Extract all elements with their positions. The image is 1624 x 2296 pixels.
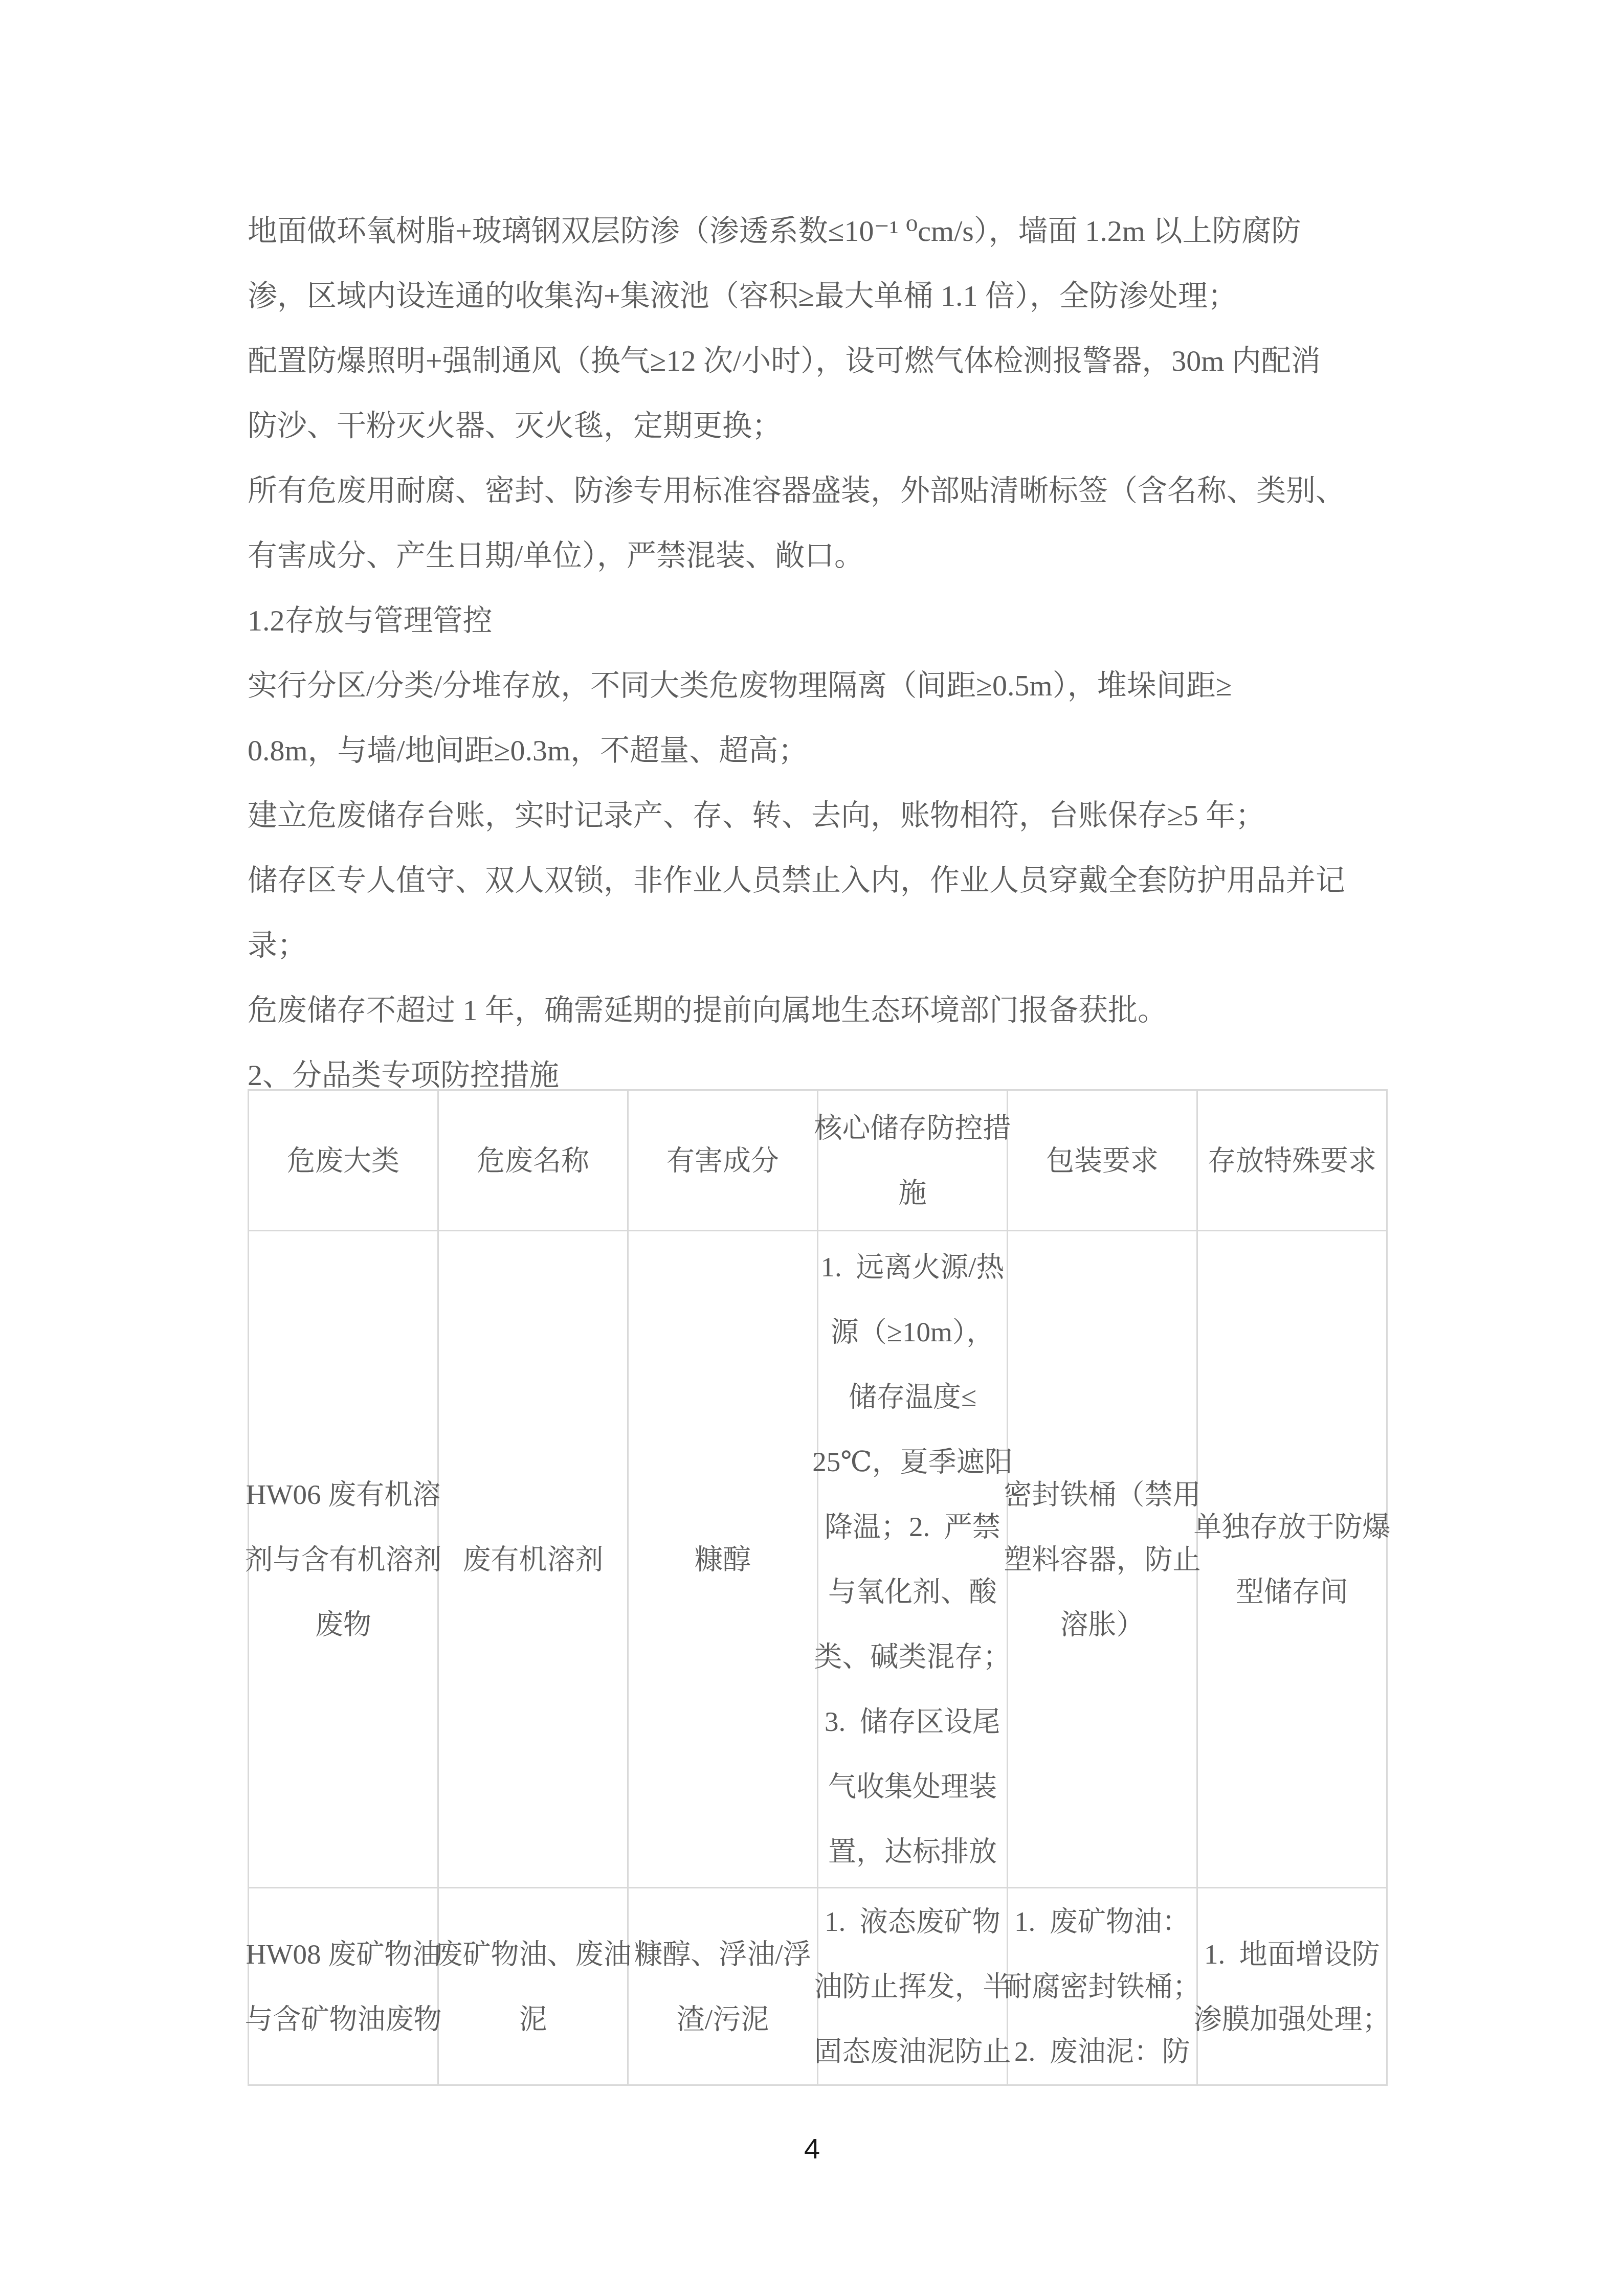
paragraph-line: 渗，区域内设连通的收集沟+集液池（容积≥最大单桶 1.1 倍），全防渗处理； — [248, 263, 1378, 328]
paragraph-line: 危废储存不超过 1 年，确需延期的提前向属地生态环境部门报备获批。 — [248, 978, 1378, 1043]
table-header-cell: 有害成分 — [628, 1090, 818, 1231]
cell-line: 糠醇 — [695, 1527, 751, 1592]
cell-line: 塑料容器，防止 — [1004, 1527, 1201, 1592]
table-cell: HW06 废有机溶剂与含有机溶剂废物 — [249, 1231, 438, 1888]
cell-line: 糠醇、浮油/浮 — [634, 1922, 811, 1987]
table-header-cell: 核心储存防控措施 — [818, 1090, 1008, 1231]
cell-line: 核心储存防控措 — [814, 1095, 1011, 1160]
table-cell: 废矿物油、废油泥 — [438, 1888, 628, 2085]
cell-line: 2. 废油泥：防 — [1014, 2019, 1190, 2084]
cell-line: 型储存间 — [1236, 1559, 1348, 1624]
cell-line: 密封铁桶（禁用 — [1004, 1462, 1201, 1527]
table-header-cell: 包装要求 — [1008, 1090, 1197, 1231]
cell-line: 废有机溶剂 — [462, 1527, 603, 1592]
cell-line: 置，达标排放 — [828, 1819, 997, 1884]
cell-line: 包装要求 — [1046, 1128, 1159, 1193]
paragraph-line: 1.2存放与管理管控 — [248, 588, 1378, 653]
table-cell: 糠醇 — [628, 1231, 818, 1888]
table-cell: 单独存放于防爆型储存间 — [1197, 1231, 1387, 1888]
paragraph-line: 录； — [248, 913, 1378, 978]
cell-line: 1. 液态废矿物 — [825, 1889, 1000, 1954]
cell-line: HW06 废有机溶 — [246, 1462, 440, 1527]
table-row: HW06 废有机溶剂与含有机溶剂废物废有机溶剂糠醇1. 远离火源/热源（≥10m… — [249, 1231, 1387, 1888]
paragraph-line: 地面做环氧树脂+玻璃钢双层防渗（渗透系数≤10⁻¹ ⁰cm/s），墙面 1.2m… — [248, 198, 1378, 263]
table-cell: 糠醇、浮油/浮渣/污泥 — [628, 1888, 818, 2085]
cell-line: 存放特殊要求 — [1208, 1128, 1376, 1193]
table-cell: 1. 液态废矿物油防止挥发，半固态废油泥防止 — [818, 1888, 1008, 2085]
body-paragraphs: 地面做环氧树脂+玻璃钢双层防渗（渗透系数≤10⁻¹ ⁰cm/s），墙面 1.2m… — [248, 198, 1378, 1108]
table-cell: 密封铁桶（禁用塑料容器，防止溶胀） — [1008, 1231, 1197, 1888]
paragraph-line: 实行分区/分类/分堆存放，不同大类危废物理隔离（间距≥0.5m），堆垛间距≥ — [248, 653, 1378, 718]
cell-line: 1. 废矿物油： — [1014, 1889, 1190, 1954]
cell-line: 1. 地面增设防 — [1204, 1922, 1380, 1987]
cell-line: 1. 远离火源/热 — [820, 1234, 1004, 1299]
cell-line: 危废大类 — [287, 1128, 399, 1193]
paragraph-line: 防沙、干粉灭火器、灭火毯，定期更换； — [248, 393, 1378, 458]
cell-line: 废矿物油、废油 — [435, 1922, 632, 1987]
cell-line: 源（≥10m）， — [831, 1299, 994, 1364]
table-cell: 废有机溶剂 — [438, 1231, 628, 1888]
cell-line: 固态废油泥防止 — [814, 2019, 1011, 2084]
table-cell: 1. 废矿物油：耐腐密封铁桶；2. 废油泥：防 — [1008, 1888, 1197, 2085]
cell-line: HW08 废矿物油 — [246, 1922, 440, 1987]
table-row: 危废大类危废名称有害成分核心储存防控措施包装要求存放特殊要求 — [249, 1090, 1387, 1231]
cell-line: 类、碱类混存； — [814, 1624, 1011, 1689]
cell-line: 与氧化剂、酸 — [828, 1559, 997, 1624]
cell-line: 剂与含有机溶剂 — [245, 1527, 442, 1592]
cell-line: 渗膜加强处理； — [1194, 1987, 1391, 2052]
document-page: 地面做环氧树脂+玻璃钢双层防渗（渗透系数≤10⁻¹ ⁰cm/s），墙面 1.2m… — [0, 0, 1624, 2296]
cell-line: 与含矿物油废物 — [245, 1987, 442, 2052]
cell-line: 溶胀） — [1060, 1592, 1144, 1657]
paragraph-line: 有害成分、产生日期/单位），严禁混装、敞口。 — [248, 523, 1378, 588]
paragraph-line: 建立危废储存台账，实时记录产、存、转、去向，账物相符，台账保存≥5 年； — [248, 783, 1378, 848]
table-row: HW08 废矿物油与含矿物油废物废矿物油、废油泥糠醇、浮油/浮渣/污泥1. 液态… — [249, 1888, 1387, 2085]
table-cell: 1. 远离火源/热源（≥10m），储存温度≤25℃，夏季遮阳降温；2. 严禁与氧… — [818, 1231, 1008, 1888]
cell-line: 储存温度≤ — [849, 1364, 976, 1429]
cell-line: 有害成分 — [666, 1128, 779, 1193]
cell-line: 气收集处理装 — [828, 1754, 997, 1819]
cell-line: 3. 储存区设尾 — [825, 1689, 1000, 1754]
hazard-table: 危废大类危废名称有害成分核心储存防控措施包装要求存放特殊要求HW06 废有机溶剂… — [248, 1089, 1388, 2086]
paragraph-line: 配置防爆照明+强制通风（换气≥12 次/小时），设可燃气体检测报警器，30m 内… — [248, 328, 1378, 393]
table-cell: 1. 地面增设防渗膜加强处理； — [1197, 1888, 1387, 2085]
page-number: 4 — [0, 2125, 1624, 2172]
cell-line: 单独存放于防爆 — [1194, 1494, 1391, 1559]
table-header-cell: 危废大类 — [249, 1090, 438, 1231]
cell-line: 泥 — [519, 1987, 547, 2052]
cell-line: 废物 — [315, 1592, 371, 1657]
table-header-cell: 危废名称 — [438, 1090, 628, 1231]
cell-line: 危废名称 — [477, 1128, 589, 1193]
cell-line: 渣/污泥 — [677, 1987, 769, 2052]
paragraph-line: 所有危废用耐腐、密封、防渗专用标准容器盛装，外部贴清晰标签（含名称、类别、 — [248, 458, 1378, 523]
cell-line: 降温；2. 严禁 — [825, 1494, 1000, 1559]
cell-line: 油防止挥发，半 — [814, 1954, 1011, 2019]
cell-line: 施 — [898, 1160, 926, 1225]
table-cell: HW08 废矿物油与含矿物油废物 — [249, 1888, 438, 2085]
paragraph-line: 0.8m，与墙/地间距≥0.3m，不超量、超高； — [248, 718, 1378, 783]
cell-line: 25℃，夏季遮阳 — [812, 1429, 1013, 1494]
table-header-cell: 存放特殊要求 — [1197, 1090, 1387, 1231]
paragraph-line: 储存区专人值守、双人双锁，非作业人员禁止入内，作业人员穿戴全套防护用品并记 — [248, 848, 1378, 913]
cell-line: 耐腐密封铁桶； — [1004, 1954, 1201, 2019]
